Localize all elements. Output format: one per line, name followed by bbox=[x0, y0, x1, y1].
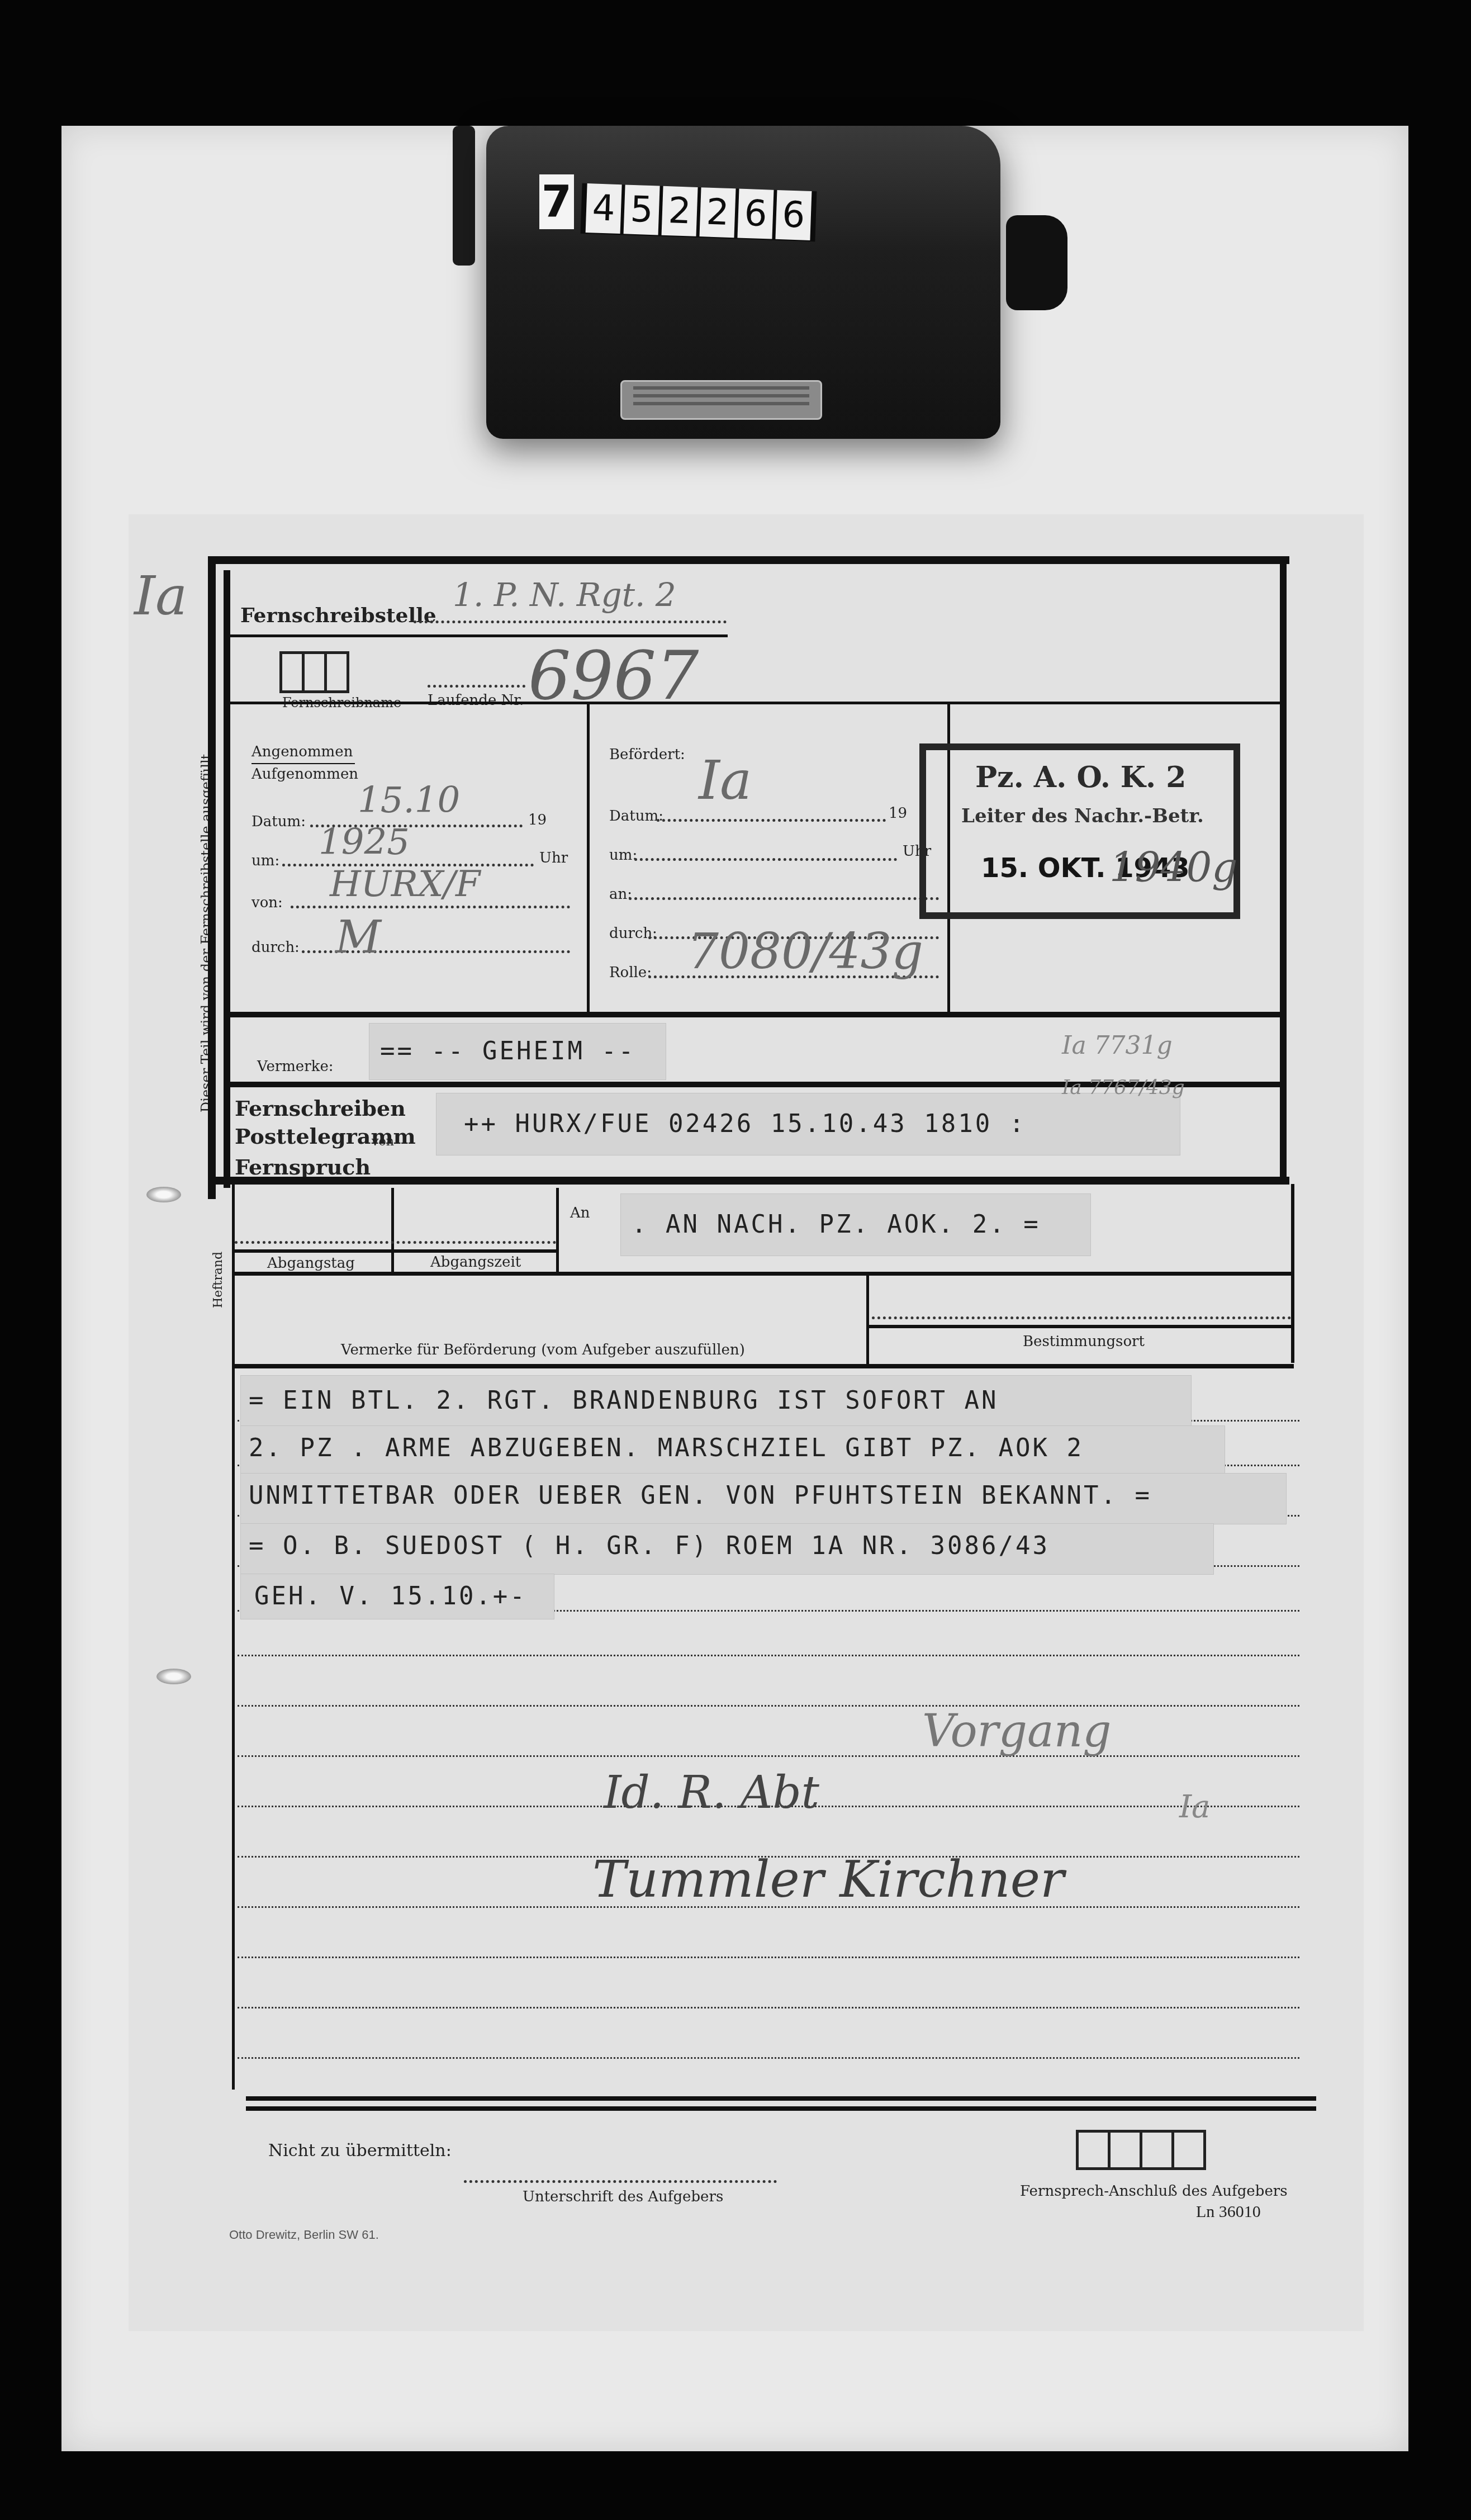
angenommen-label: Angenommen bbox=[252, 743, 353, 760]
dotted-line bbox=[634, 858, 897, 861]
underline bbox=[252, 763, 355, 764]
message-line: = O. B. SUEDOST ( H. GR. F) ROEM 1A NR. … bbox=[249, 1532, 1050, 1560]
dotted-line bbox=[238, 1957, 1299, 1958]
rule bbox=[208, 1177, 1289, 1185]
punch-hole bbox=[156, 1669, 191, 1684]
rule bbox=[869, 1325, 1291, 1328]
handwritten-note: Ia bbox=[1179, 1789, 1211, 1825]
fernschreibstelle-label: Fernschreibstelle bbox=[240, 604, 436, 627]
datum-label: Datum: bbox=[252, 813, 306, 830]
counter-digit: 4 bbox=[586, 183, 622, 234]
fernschreibname-boxes bbox=[279, 651, 349, 693]
bestimmungsort-label: Bestimmungsort bbox=[1023, 1333, 1145, 1350]
nicht-zu-uebermitteln-label: Nicht zu übermitteln: bbox=[268, 2141, 452, 2161]
dotted-line bbox=[629, 897, 939, 900]
datum-value: 15.10 bbox=[358, 780, 460, 821]
von-small-label: von bbox=[372, 1135, 394, 1149]
an-label: An bbox=[570, 1205, 590, 1221]
fernsprech-boxes bbox=[1076, 2130, 1206, 2170]
dotted-line bbox=[872, 1316, 1291, 1319]
rule bbox=[235, 1249, 556, 1253]
counter-digit: 2 bbox=[699, 187, 735, 238]
von-value: HURX/F bbox=[330, 864, 480, 905]
double-rule bbox=[246, 2106, 1316, 2111]
frame-top bbox=[208, 556, 1289, 564]
numbering-counter: 7 4 5 2 2 6 6 bbox=[486, 126, 1023, 444]
fernschreibstelle-value: 1. P. N. Rgt. 2 bbox=[453, 576, 676, 614]
stamp-office: Leiter des Nachr.-Betr. bbox=[961, 805, 1204, 827]
column-divider bbox=[866, 1272, 869, 1364]
stamp-unit: Pz. A. O. K. 2 bbox=[975, 760, 1186, 794]
counter-digits: 4 5 2 2 6 6 bbox=[581, 183, 817, 242]
message-line: = EIN BTL. 2. RGT. BRANDENBURG IST SOFOR… bbox=[249, 1386, 999, 1415]
counter-prefix: 7 bbox=[539, 174, 574, 229]
frame-left-lower bbox=[232, 1184, 235, 2090]
uhr-label: Uhr bbox=[539, 850, 568, 866]
befoerdert-durch-label: durch: bbox=[609, 925, 657, 942]
rule bbox=[235, 1364, 1294, 1368]
counter-digit: 6 bbox=[737, 189, 774, 239]
heftrand-label: Heftrand bbox=[211, 1252, 225, 1308]
dotted-line bbox=[414, 620, 727, 623]
vermerke-value: == -- GEHEIM -- bbox=[380, 1037, 635, 1065]
printer-imprint: Otto Drewitz, Berlin SW 61. bbox=[229, 2228, 379, 2242]
vermerke-befoerderung-label: Vermerke für Beförderung (vom Aufgeber a… bbox=[341, 1342, 745, 1358]
durch-label: durch: bbox=[252, 939, 300, 956]
befoerdert-um-label: um: bbox=[609, 847, 637, 864]
form-number: Ln 36010 bbox=[1196, 2202, 1261, 2221]
befoerdert-label: Befördert: bbox=[609, 746, 685, 763]
column-divider bbox=[587, 703, 590, 1013]
dotted-line bbox=[238, 1655, 1299, 1656]
abgangszeit-label: Abgangszeit bbox=[430, 1254, 521, 1271]
dotted-line bbox=[464, 2180, 777, 2183]
dotted-line bbox=[238, 2007, 1299, 2009]
fernschreiben-label: Fernschreiben bbox=[235, 1096, 406, 1121]
vermerke-label: Vermerke: bbox=[257, 1058, 334, 1075]
befoerdert-an-label: an: bbox=[609, 886, 632, 903]
dotted-line bbox=[657, 819, 886, 822]
message-line: UNMITTETBAR ODER UEBER GEN. VON PFUHTSTE… bbox=[249, 1481, 1152, 1510]
rolle-label: Rolle: bbox=[609, 964, 652, 981]
befoerdert-year-prefix: 19 bbox=[889, 805, 907, 822]
signature: Tummler Kirchner bbox=[592, 1850, 1064, 1909]
counter-body: 7 4 5 2 2 6 6 bbox=[486, 126, 1000, 439]
dotted-line bbox=[238, 1755, 1299, 1757]
frame-left-outer bbox=[208, 556, 216, 1199]
counter-digit: 5 bbox=[624, 184, 660, 235]
von-label: von: bbox=[252, 894, 283, 911]
unterschrift-label: Unterschrift des Aufgebers bbox=[523, 2189, 723, 2205]
handwritten-note: Id. R. Abt bbox=[604, 1766, 819, 1818]
message-line: 2. PZ . ARME ABZUGEBEN. MARSCHZIEL GIBT … bbox=[249, 1434, 1084, 1462]
rule bbox=[230, 1012, 1281, 1017]
befoerdert-handwritten: Ia bbox=[699, 749, 752, 812]
rolle-value: 7080/43g bbox=[687, 922, 923, 980]
transmission-header: ++ HURX/FUE 02426 15.10.43 1810 : bbox=[464, 1110, 1026, 1138]
message-line: GEH. V. 15.10.+- bbox=[254, 1582, 527, 1610]
befoerdert-datum-label: Datum: bbox=[609, 808, 663, 825]
margin-note: Ia bbox=[134, 565, 187, 627]
dotted-line bbox=[238, 2057, 1299, 2059]
rule bbox=[235, 1272, 1294, 1276]
transmission-annotation: Ia 7767/43g bbox=[1062, 1076, 1185, 1099]
durch-value: M bbox=[335, 911, 381, 963]
column-divider bbox=[391, 1188, 394, 1275]
laufende-nr-label: Laufende Nr. bbox=[428, 692, 524, 709]
um-label: um: bbox=[252, 852, 279, 869]
stamp-handwritten: 1940g bbox=[1109, 844, 1237, 891]
column-divider bbox=[556, 1188, 559, 1275]
dotted-line bbox=[428, 685, 525, 688]
counter-nameplate bbox=[620, 380, 822, 420]
abgangstag-label: Abgangstag bbox=[267, 1255, 355, 1272]
punch-hole bbox=[146, 1187, 181, 1202]
frame-left-inner bbox=[224, 570, 230, 1188]
recipient: . AN NACH. PZ. AOK. 2. = bbox=[632, 1210, 1041, 1239]
counter-digit: 6 bbox=[775, 190, 812, 240]
dotted-line bbox=[238, 1705, 1299, 1707]
double-rule bbox=[246, 2096, 1316, 2101]
um-value: 1925 bbox=[319, 822, 410, 863]
vermerke-annotation: Ia 7731g bbox=[1062, 1031, 1173, 1060]
frame-right-lower bbox=[1291, 1184, 1294, 1363]
counter-lever bbox=[453, 126, 475, 266]
handwritten-note: Vorgang bbox=[922, 1705, 1111, 1757]
dotted-line bbox=[291, 906, 570, 908]
rule bbox=[230, 702, 1281, 704]
counter-digit: 2 bbox=[662, 186, 698, 236]
aufgenommen-label: Aufgenommen bbox=[252, 766, 358, 783]
fernspruch-label: Fernspruch bbox=[235, 1154, 371, 1180]
year-prefix: 19 bbox=[528, 812, 547, 828]
dotted-line bbox=[235, 1241, 556, 1244]
fernsprech-label: Fernsprech-Anschluß des Aufgebers bbox=[1020, 2183, 1288, 2200]
